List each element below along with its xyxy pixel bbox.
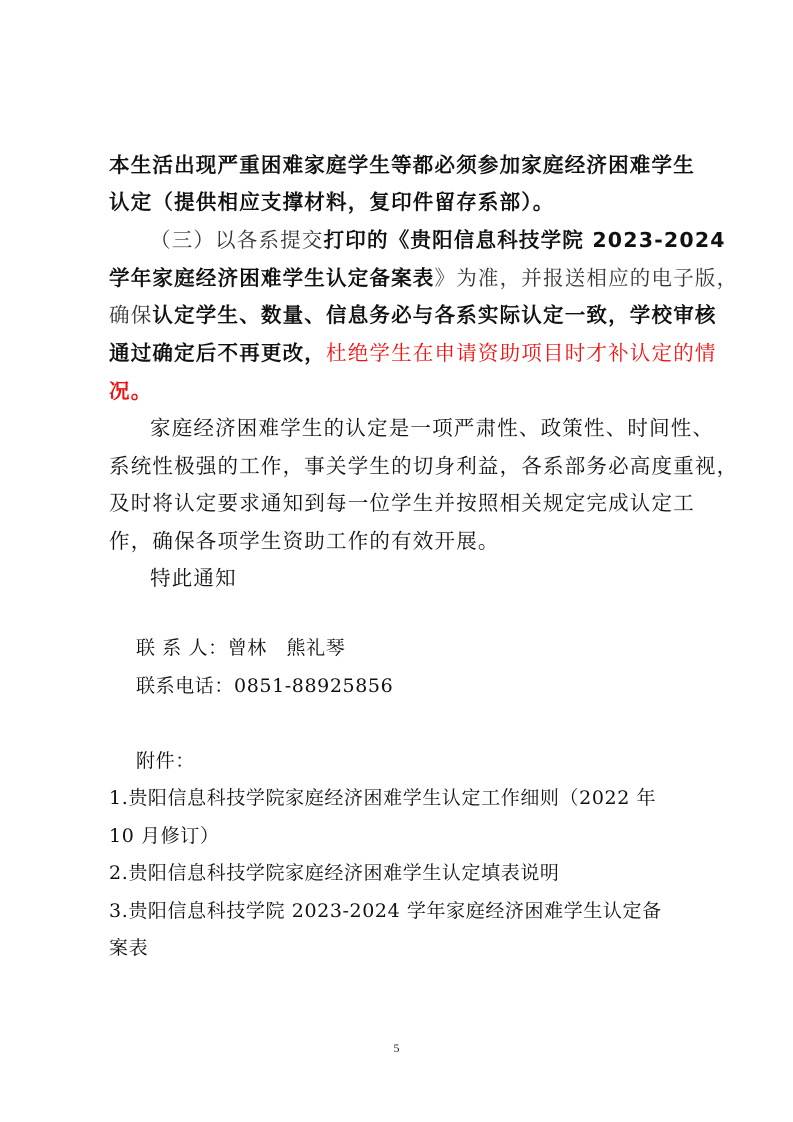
document-page: 本生活出现严重困难家庭学生等都必须参加家庭经济困难学生 认定（提供相应支撑材料，… <box>0 0 793 1122</box>
contact-phone-label: 联系电话： <box>136 675 234 697</box>
item-three-normal-text: （三）以各系提交 <box>150 228 324 252</box>
attachment-3-line-1: 3.贵阳信息科技学院 2023-2024 学年家庭经济困难学生认定备 <box>109 897 699 925</box>
attachments-label: 附件： <box>136 747 726 775</box>
closing-line-4: 作，确保各项学生资助工作的有效开展。 <box>109 527 699 555</box>
attachment-1-line-2: 10 月修订） <box>109 822 699 850</box>
page-number: 5 <box>0 1041 793 1056</box>
continuation-line-1: 本生活出现严重困难家庭学生等都必须参加家庭经济困难学生 <box>109 151 699 179</box>
consistency-requirement: 认定学生、数量、信息务必与各系实际认定一致，学校审核 <box>152 303 716 327</box>
contact-phone-value: 0851-88925856 <box>234 675 393 697</box>
no-change-text: 通过确定后不再更改， <box>109 341 326 365</box>
contact-phone: 联系电话：0851-88925856 <box>136 672 726 700</box>
notice-end: 特此通知 <box>150 564 740 592</box>
item-three-line-4: 通过确定后不再更改，杜绝学生在申请资助项目时才补认定的情 <box>109 339 699 367</box>
attachment-1-line-1: 1.贵阳信息科技学院家庭经济困难学生认定工作细则（2022 年 <box>109 784 699 812</box>
submission-note: 》为准，并报送相应的电子版， <box>435 266 739 290</box>
red-warning-text: 杜绝学生在申请资助项目时才补认定的情 <box>326 341 717 365</box>
ensure-text: 确保 <box>109 303 152 327</box>
red-warning-end: 况。 <box>109 379 152 403</box>
contact-person: 联 系 人：曾林 熊礼琴 <box>136 634 726 662</box>
closing-line-2: 系统性极强的工作，事关学生的切身利益，各系部务必高度重视， <box>109 452 699 480</box>
item-three-line-1: （三）以各系提交打印的《贵阳信息科技学院 2023-2024 <box>150 226 740 254</box>
item-three-line-2: 学年家庭经济困难学生认定备案表》为准，并报送相应的电子版， <box>109 264 699 292</box>
attachment-2: 2.贵阳信息科技学院家庭经济困难学生认定填表说明 <box>109 859 699 887</box>
contact-person-value: 曾林 熊礼琴 <box>228 637 346 659</box>
contact-person-label: 联 系 人： <box>136 637 228 659</box>
item-three-line-5: 况。 <box>109 377 699 405</box>
item-three-bold-text: 打印的《贵阳信息科技学院 2023-2024 <box>324 228 726 252</box>
continuation-line-2: 认定（提供相应支撑材料，复印件留存系部）。 <box>109 188 699 216</box>
closing-line-3: 及时将认定要求通知到每一位学生并按照相关规定完成认定工 <box>109 489 699 517</box>
closing-line-1: 家庭经济困难学生的认定是一项严肃性、政策性、时间性、 <box>150 414 740 442</box>
attachment-3-line-2: 案表 <box>109 934 699 962</box>
form-title-bold: 学年家庭经济困难学生认定备案表 <box>109 266 435 290</box>
item-three-line-3: 确保认定学生、数量、信息务必与各系实际认定一致，学校审核 <box>109 301 699 329</box>
